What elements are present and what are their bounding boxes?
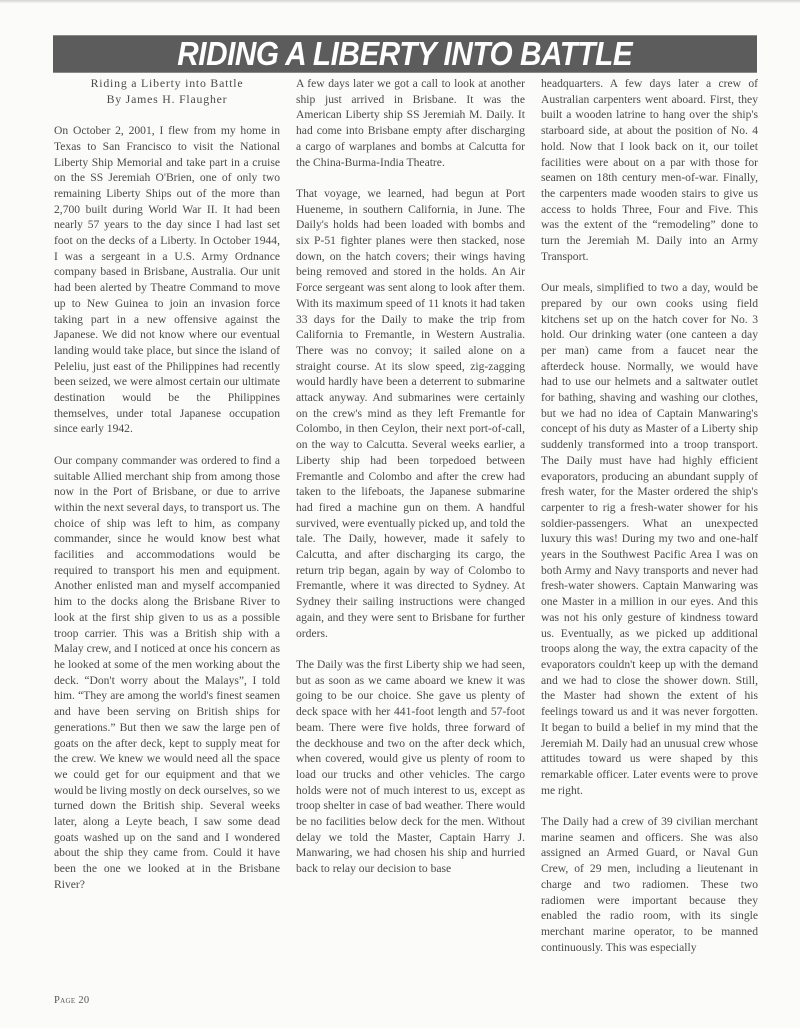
paragraph: On October 2, 2001, I flew from my home … [54,123,280,437]
page-top-edge [0,0,800,3]
article-byline: By James H. Flaugher [54,92,280,108]
article-column-2: A few days later we got a call to look a… [296,76,525,877]
paragraph: headquarters. A few days later a crew of… [541,76,758,264]
paragraph: Our meals, simplified to two a day, woul… [541,280,758,798]
page-number: Page 20 [54,995,89,1006]
paragraph: The Daily had a crew of 39 civilian merc… [541,814,758,955]
paragraph: A few days later we got a call to look a… [296,76,525,170]
paragraph: Our company commander was ordered to fin… [54,453,280,893]
title-banner: RIDING A LIBERTY INTO BATTLE [53,35,757,73]
article-column-3: headquarters. A few days later a crew of… [541,76,758,955]
article-column-1: Riding a Liberty into Battle By James H.… [54,76,280,893]
article-heading: Riding a Liberty into Battle By James H.… [54,76,280,107]
paragraph: The Daily was the first Liberty ship we … [296,657,525,877]
paragraph: That voyage, we learned, had begun at Po… [296,186,525,641]
banner-title: RIDING A LIBERTY INTO BATTLE [178,36,633,72]
article-title: Riding a Liberty into Battle [54,76,280,92]
